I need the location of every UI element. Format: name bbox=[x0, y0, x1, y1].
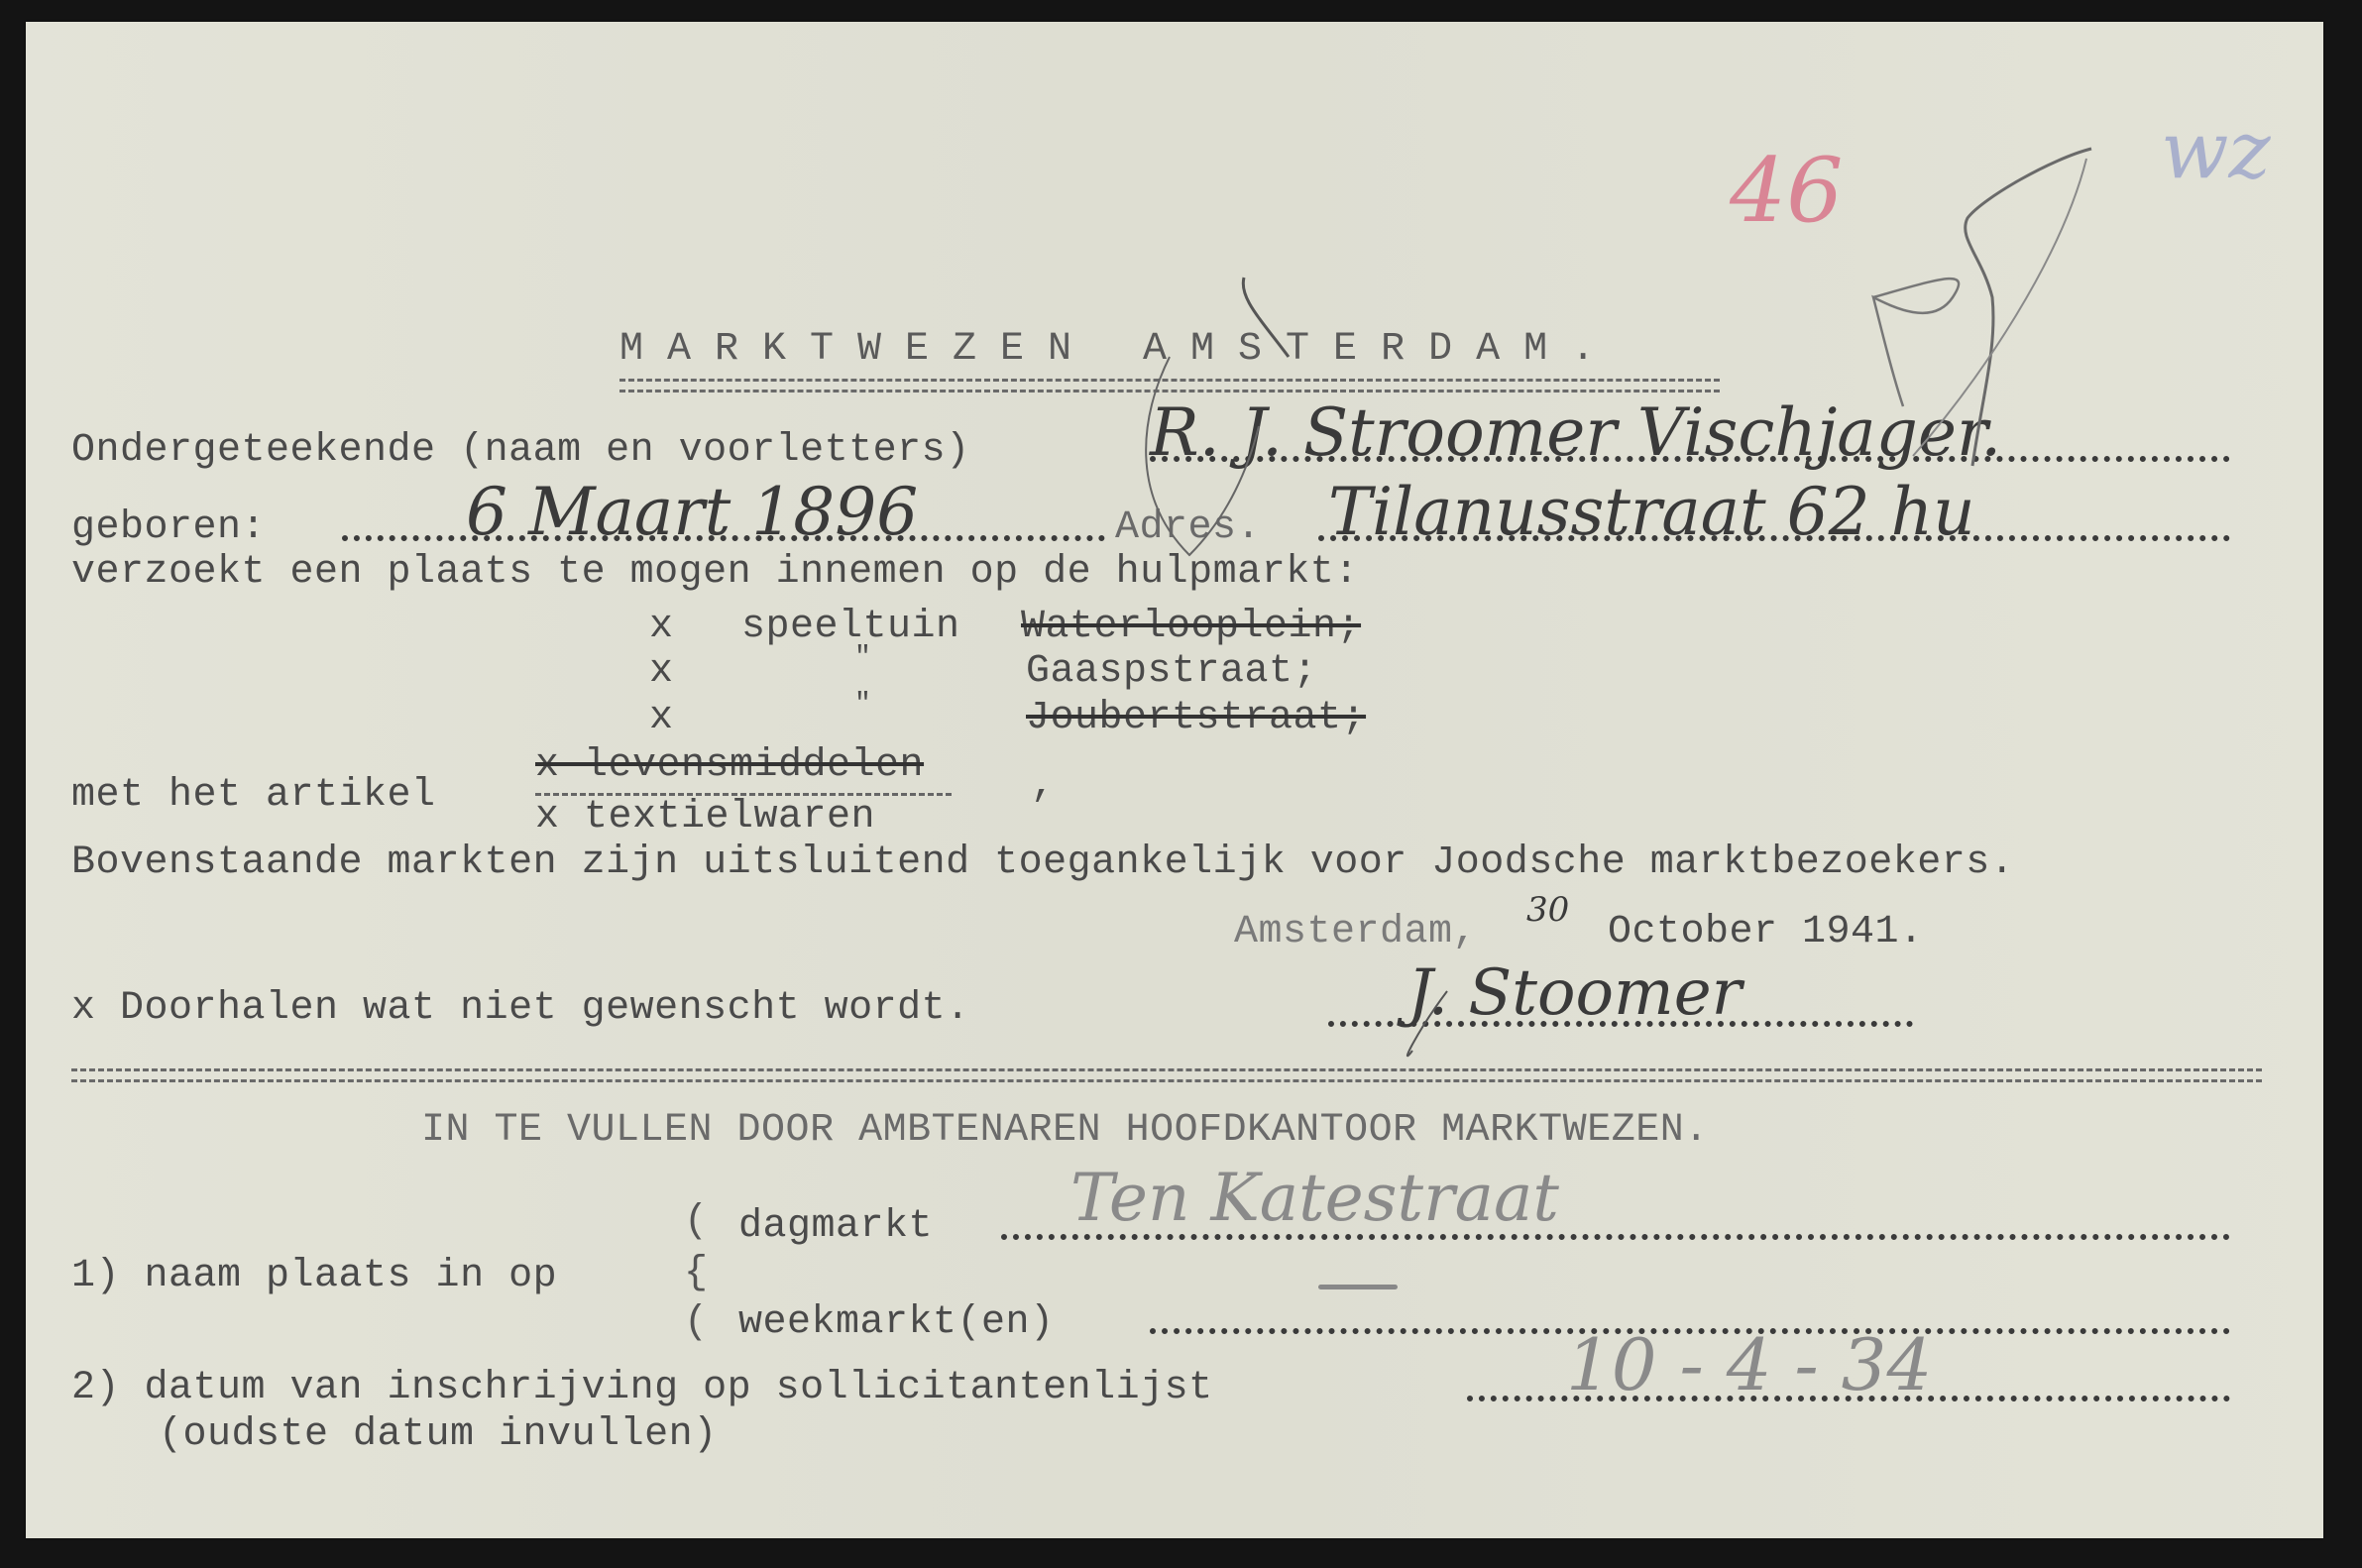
market-marker: x bbox=[649, 605, 674, 649]
section-separator bbox=[71, 1068, 2262, 1082]
ditto-mark: " bbox=[854, 642, 871, 673]
name-label: Ondergeteekende (naam en voorletters) bbox=[71, 428, 970, 473]
market-waterlooplein: Waterlooplein; bbox=[1021, 605, 1361, 649]
footnote: x Doorhalen wat niet gewenscht wordt. bbox=[71, 986, 970, 1031]
dagmarkt-label: dagmarkt bbox=[738, 1204, 933, 1249]
market-prefix: speeltuin bbox=[741, 605, 960, 649]
artikel-levensmiddelen: x levensmiddelen bbox=[535, 743, 924, 788]
market-joubertstraat: Joubertstraat; bbox=[1026, 696, 1366, 740]
brace-bottom: ( bbox=[684, 1300, 708, 1345]
document-title: MARKTWEZEN AMSTERDAM. bbox=[619, 327, 1619, 372]
notice-text: Bovenstaande markten zijn uitsluitend to… bbox=[71, 840, 2014, 885]
birth-label: geboren: bbox=[71, 505, 266, 550]
day-value: 30 bbox=[1526, 890, 1569, 930]
office-header: IN TE VULLEN DOOR AMBTENAREN HOOFDKANTOO… bbox=[421, 1108, 1709, 1153]
market-gaaspstraat: Gaaspstraat; bbox=[1026, 649, 1317, 694]
item2-sub: (oudste datum invullen) bbox=[159, 1412, 718, 1457]
dagmarkt-value: Ten Katestraat bbox=[1070, 1160, 1559, 1236]
place: Amsterdam, bbox=[1234, 910, 1477, 954]
pencil-dash bbox=[1318, 1285, 1398, 1289]
month-year: October 1941. bbox=[1608, 910, 1924, 954]
address-value: Tilanusstraat 62 hu bbox=[1328, 474, 1975, 550]
name-value: R. J. Stroomer Vischjager. bbox=[1150, 394, 2001, 471]
ditto-mark: " bbox=[854, 689, 871, 720]
item1-label: 1) naam plaats in op bbox=[71, 1254, 557, 1298]
weekmarkt-label: weekmarkt(en) bbox=[738, 1300, 1055, 1345]
blue-annotation: wz bbox=[2161, 104, 2271, 196]
brace-mid: { bbox=[684, 1251, 708, 1295]
brace-top: ( bbox=[684, 1199, 708, 1244]
request-line: verzoekt een plaats te mogen innemen op … bbox=[71, 550, 1359, 595]
artikel-suffix: , bbox=[1031, 763, 1056, 808]
market-marker: x bbox=[649, 696, 674, 740]
artikel-textielwaren: x textielwaren bbox=[535, 795, 875, 840]
item2-label: 2) datum van inschrijving op sollicitant… bbox=[71, 1366, 1213, 1410]
red-annotation: 46 bbox=[1730, 139, 1844, 243]
title-underline bbox=[619, 379, 1720, 392]
signature: J. Stoomer bbox=[1407, 956, 1742, 1030]
inschrijving-date: 10 - 4 - 34 bbox=[1566, 1323, 1932, 1406]
market-marker: x bbox=[649, 649, 674, 694]
artikel-label: met het artikel bbox=[71, 773, 436, 818]
birth-value: 6 Maart 1896 bbox=[466, 474, 918, 550]
address-label: Adres. bbox=[1115, 505, 1261, 550]
